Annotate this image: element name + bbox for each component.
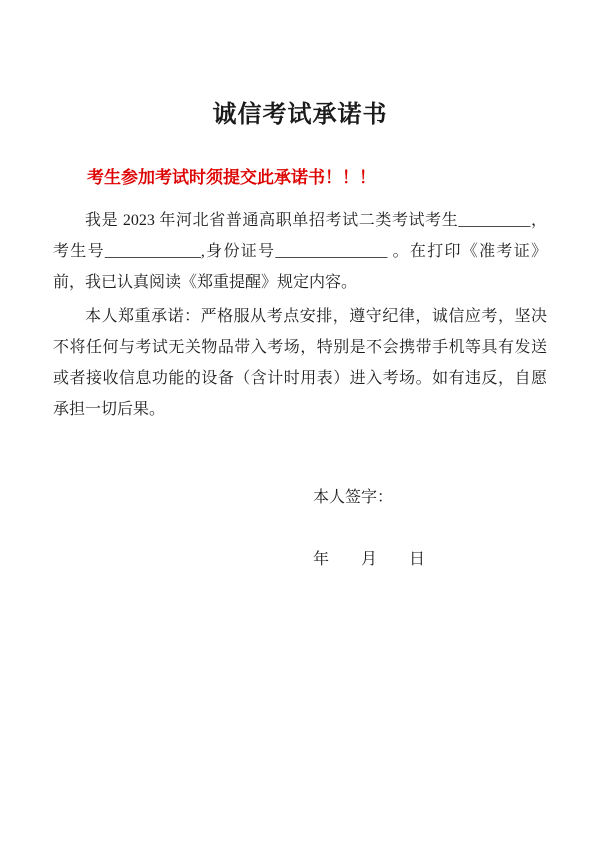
date-line: 年 月 日 <box>313 550 547 570</box>
paragraph-line: 承担一切后果。 <box>53 394 547 425</box>
signature-label: 本人签字： <box>313 488 547 508</box>
paragraph-line: 我是 2023 年河北省普通高职单招考试二类考试考生_________， <box>53 205 547 236</box>
paragraph-line: 前，我已认真阅读《郑重提醒》规定内容。 <box>53 267 547 298</box>
paragraph-line: 不将任何与考试无关物品带入考场，特别是不会携带手机等具有发送 <box>53 332 547 363</box>
commitment-letter-page: 诚信考试承诺书 考生参加考试时须提交此承诺书！！！ 我是 2023 年河北省普通… <box>0 0 600 848</box>
notice-text: 考生参加考试时须提交此承诺书！！！ <box>53 167 547 189</box>
paragraph-line: 考生号____________,身份证号______________ 。在打印《… <box>53 236 547 267</box>
paragraph-commitment: 本人郑重承诺：严格服从考点安排，遵守纪律，诚信应考，坚决 不将任何与考试无关物品… <box>53 301 547 425</box>
paragraph-line: 本人郑重承诺：严格服从考点安排，遵守纪律，诚信应考，坚决 <box>53 301 547 332</box>
paragraph-identity: 我是 2023 年河北省普通高职单招考试二类考试考生_________， 考生号… <box>53 205 547 298</box>
paragraph-line: 或者接收信息功能的设备（含计时用表）进入考场。如有违反，自愿 <box>53 363 547 394</box>
document-title: 诚信考试承诺书 <box>53 0 547 130</box>
